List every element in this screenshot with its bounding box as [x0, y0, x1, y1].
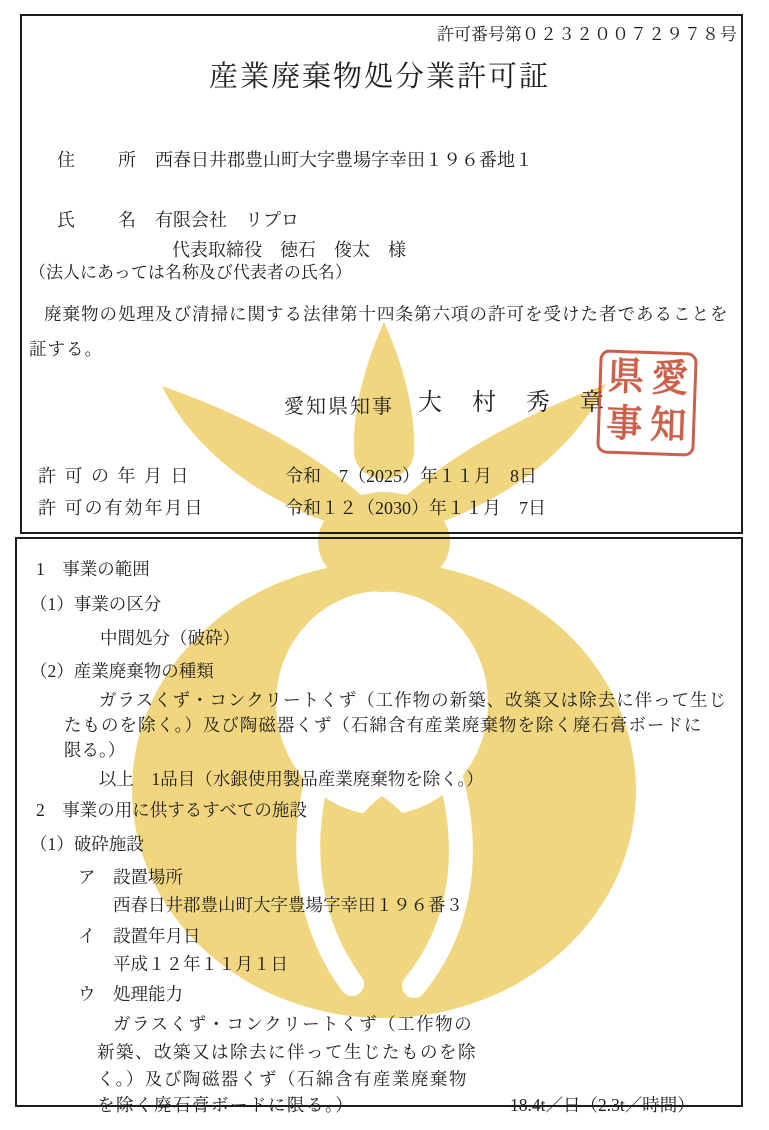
- certify-line-1: 廃棄物の処理及び清掃に関する法律第十四条第六項の許可を受けた者であることを: [44, 301, 729, 326]
- address-value: 西春日井郡豊山町大字豊場字幸田１９６番地１: [155, 146, 533, 172]
- detail-line: 西春日井郡豊山町大字豊場字幸田１９６番３: [113, 892, 463, 917]
- document-title: 産業廃棄物処分業許可証: [20, 54, 739, 95]
- processing-capacity: 18.4t／日（2.3t／時間）: [510, 1092, 695, 1117]
- governor-seal: 県 愛 事 知: [596, 349, 698, 456]
- seal-char: 知: [645, 402, 691, 453]
- detail-line: 1 事業の範囲: [36, 556, 150, 581]
- valid-date-value: 令和１２（2030）年１１月 7日: [285, 494, 546, 520]
- detail-line: イ 設置年月日: [78, 923, 201, 948]
- seal-char: 愛: [647, 355, 693, 406]
- detail-line: （1）事業の区分: [30, 591, 161, 616]
- detail-line: 2 事業の用に供するすべての施設: [36, 797, 307, 822]
- detail-line: （2）産業廃棄物の種類: [30, 658, 214, 683]
- detail-line: を除く廃石膏ボードに限る。）: [97, 1092, 354, 1117]
- name-label-1: 氏: [57, 206, 75, 232]
- detail-line: ウ 処理能力: [78, 981, 183, 1006]
- detail-line: 平成１２年１１月１日: [113, 951, 288, 976]
- detail-line: ガラスくず・コンクリートくず（工作物の: [113, 1011, 473, 1036]
- detail-line: ア 設置場所: [78, 864, 183, 889]
- name-label-2: 名: [118, 206, 136, 232]
- governor-title: 愛知県知事: [284, 390, 394, 419]
- certify-line-2: 証する。: [29, 336, 103, 361]
- permit-number-suffix: 号: [720, 25, 737, 44]
- detail-line: ガラスくず・コンクリートくず（工作物の新築、改築又は除去に伴って生じ: [99, 687, 727, 712]
- permit-number-prefix: 許可番号第: [437, 25, 522, 44]
- seal-char: 事: [601, 400, 647, 451]
- detail-line: 新築、改築又は除去に伴って生じたものを除: [97, 1039, 477, 1064]
- license-document: 許可番号第０２３２００７２９７８号 産業廃棄物処分業許可証 住 所 西春日井郡豊…: [0, 0, 769, 1130]
- permit-number: 許可番号第０２３２００７２９７８号: [437, 20, 737, 45]
- permit-number-digits: ０２３２００７２９７８: [522, 25, 720, 44]
- company-name: 有限会社 リプロ: [155, 206, 299, 232]
- valid-date-label: 許 可の有効年月日: [38, 494, 205, 520]
- detail-line: 限る。）: [64, 737, 125, 762]
- seal-char: 県: [603, 353, 649, 404]
- issued-date-value: 令和 7（2025）年１１月 8日: [285, 462, 537, 488]
- detail-line: 中間処分（破砕）: [100, 625, 240, 650]
- address-label-1: 住: [57, 146, 75, 172]
- detail-line: （1）破砕施設: [30, 831, 144, 856]
- corporate-note: （法人にあっては名称及び代表者の氏名）: [29, 258, 352, 283]
- detail-line: く。）及び陶磁器くず（石綿含有産業廃棄物: [97, 1066, 468, 1091]
- detail-line: 以上 1品目（水銀使用製品産業廃棄物を除く。）: [99, 766, 484, 791]
- issued-date-label: 許 可 の 年 月 日: [38, 462, 191, 488]
- address-label-2: 所: [118, 146, 136, 172]
- detail-line: たものを除く。）及び陶磁器くず（石綿含有産業廃棄物を除く廃石膏ボードに: [64, 712, 702, 737]
